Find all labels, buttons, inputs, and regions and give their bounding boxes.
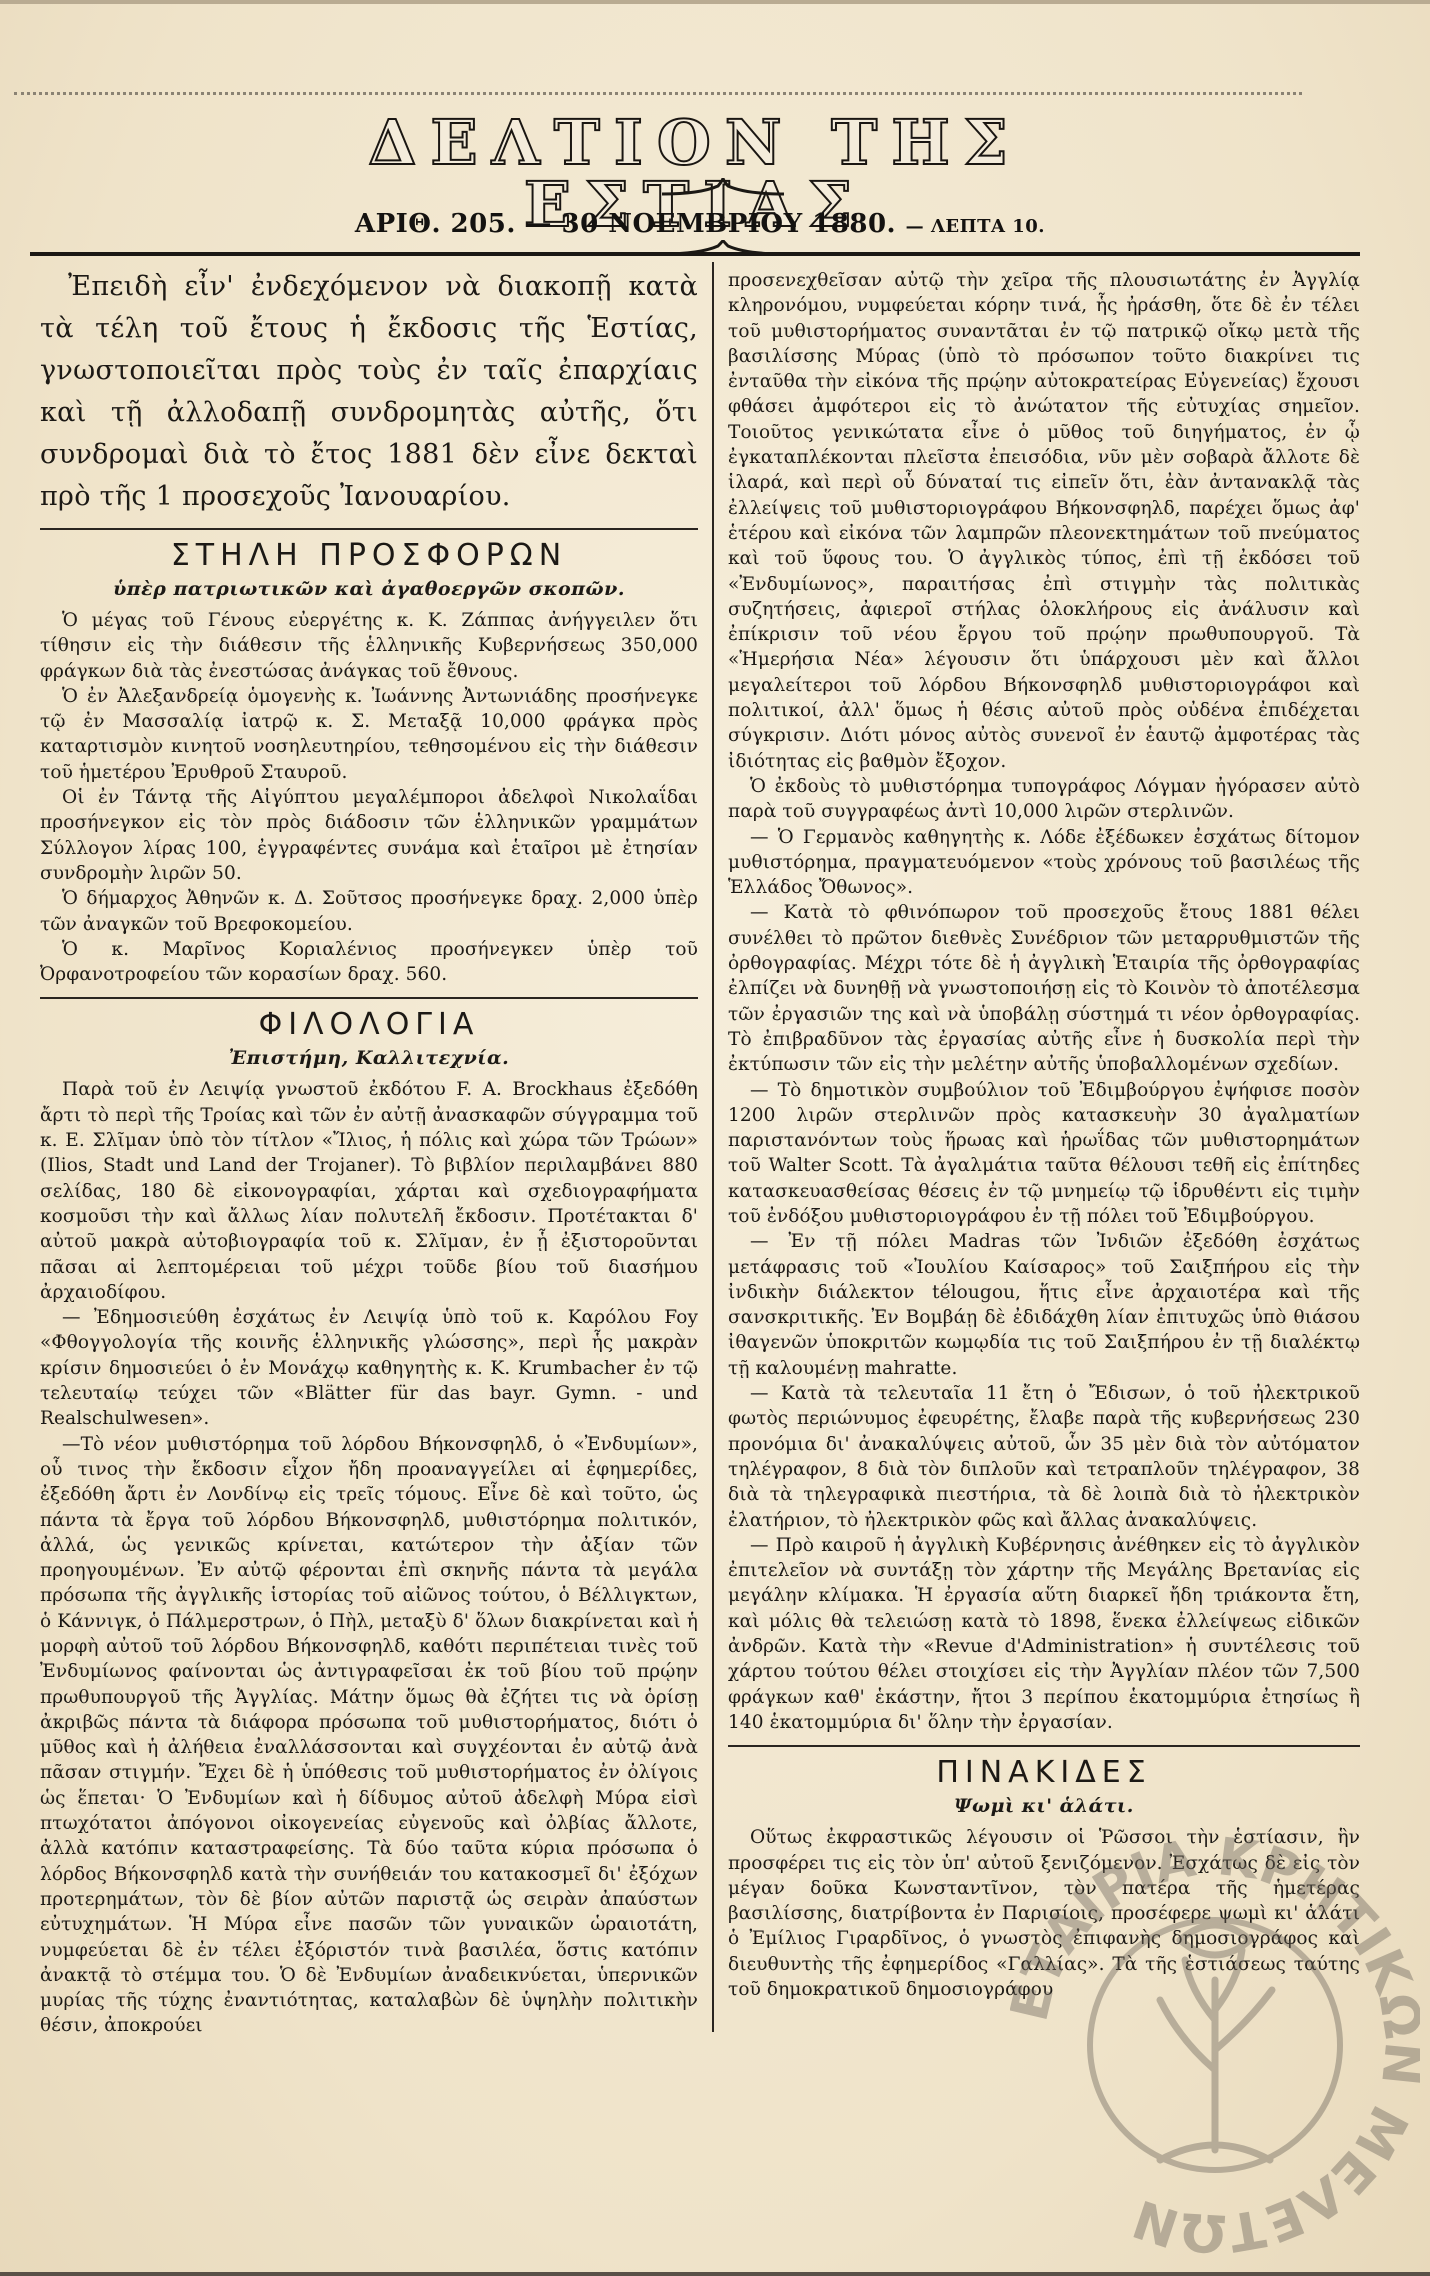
issue-number: ΑΡΙΘ. 205. xyxy=(355,209,516,239)
philology-subtitle: Ἐπιστήμη, Καλλιτεχνία. xyxy=(40,1045,698,1071)
left-column: Ἐπειδὴ εἶν' ἐνδεχόμενον νὰ διακοπῇ κατὰ … xyxy=(40,262,698,2039)
philology-paragraph: — Κατὰ τὸ φθινόπωρον τοῦ προσεχοῦς ἔτους… xyxy=(728,900,1360,1077)
offers-paragraph: Ὁ ἐν Ἀλεξανδρείᾳ ὁμογενὴς κ. Ἰωάννης Ἀντ… xyxy=(40,684,698,785)
offers-paragraph: Οἱ ἐν Τάντᾳ τῆς Αἰγύπτου μεγαλέμποροι ἀδ… xyxy=(40,785,698,886)
philology-paragraph: Ὁ ἐκδοὺς τὸ μυθιστόρημα τυπογράφος Λόγμα… xyxy=(728,774,1360,825)
philology-section: ΦΙΛΟΛΟΓΙΑ Ἐπιστήμη, Καλλιτεχνία. Παρὰ το… xyxy=(40,1007,698,2038)
offers-title: ΣΤΗΛΗ ΠΡΟΣΦΟΡΩΝ xyxy=(40,538,698,574)
philology-paragraph: — Τὸ δημοτικὸν συμβούλιον τοῦ Ἐδιμβούργο… xyxy=(728,1078,1360,1230)
rule-brace-ornament xyxy=(660,240,786,260)
offers-subtitle: ὑπὲρ πατριωτικῶν καὶ ἀγαθοεργῶν σκοπῶν. xyxy=(40,576,698,602)
tablets-paragraph: Οὕτως ἐκφραστικῶς λέγουσιν οἱ Ῥῶσσοι τὴν… xyxy=(728,1825,1360,2002)
section-divider xyxy=(40,528,698,530)
offers-paragraph: Ὁ κ. Μαρῖνος Κοριαλένιος προσήνεγκεν ὑπὲ… xyxy=(40,937,698,988)
offers-paragraph: Ὁ μέγας τοῦ Γένους εὐεργέτης κ. Κ. Ζάππα… xyxy=(40,608,698,684)
philology-paragraph: — Ἐδημοσιεύθη ἐσχάτως ἐν Λειψίᾳ ὑπὸ τοῦ … xyxy=(40,1305,698,1431)
philology-paragraph: — Ὁ Γερμανὸς καθηγητὴς κ. Λόδε ἐξέδωκεν … xyxy=(728,825,1360,901)
philology-paragraph: προσενεχθεῖσαν αὐτῷ τὴν χεῖρα τῆς πλουσι… xyxy=(728,268,1360,774)
philology-title: ΦΙΛΟΛΟΓΙΑ xyxy=(40,1007,698,1043)
section-divider xyxy=(40,997,698,999)
philology-paragraph: — Ἐν τῇ πόλει Madras τῶν Ἰνδιῶν ἐξεδόθη … xyxy=(728,1229,1360,1381)
masthead-dotted-rule xyxy=(14,92,1302,95)
tablets-title: ΠΙΝΑΚΙΔΕΣ xyxy=(728,1755,1360,1791)
philology-paragraph: Παρὰ τοῦ ἐν Λειψίᾳ γνωστοῦ ἐκδότου F. A.… xyxy=(40,1077,698,1305)
column-divider xyxy=(712,262,714,2032)
right-column: προσενεχθεῖσαν αὐτῷ τὴν χεῖρα τῆς πλουσι… xyxy=(728,262,1360,2002)
subscription-notice: Ἐπειδὴ εἶν' ἐνδεχόμενον νὰ διακοπῇ κατὰ … xyxy=(40,262,698,518)
tablets-subtitle: Ψωμὶ κι' ἁλάτι. xyxy=(728,1793,1360,1819)
philology-paragraph: — Πρὸ καιροῦ ἡ ἀγγλικὴ Κυβέρνησις ἀνέθηκ… xyxy=(728,1533,1360,1735)
page-bottom-edge xyxy=(0,2272,1430,2276)
issue-date: — 30 ΝΟΕΜΒΡΙΟΥ 1880. xyxy=(525,209,896,239)
issue-info: ΑΡΙΘ. 205. — 30 ΝΟΕΜΒΡΙΟΥ 1880. — ΛΕΠΤΑ … xyxy=(340,209,1060,239)
offers-section: ΣΤΗΛΗ ΠΡΟΣΦΟΡΩΝ ὑπὲρ πατριωτικῶν καὶ ἀγα… xyxy=(40,538,698,987)
page-top-edge xyxy=(0,0,1430,4)
newspaper-page: ΔΕΛΤΙΟΝ ΤΗΣ ΕΣΤΙΑΣ ΑΡΙΘ. 205. — 30 ΝΟΕΜΒ… xyxy=(0,0,1430,2276)
philology-paragraph: —Τὸ νέον μυθιστόρημα τοῦ λόρδου Βήκονσφη… xyxy=(40,1432,698,2039)
philology-paragraph: — Κατὰ τὰ τελευταῖα 11 ἔτη ὁ Ἔδισων, ὁ τ… xyxy=(728,1381,1360,1533)
tablets-section: ΠΙΝΑΚΙΔΕΣ Ψωμὶ κι' ἁλάτι. Οὕτως ἐκφραστι… xyxy=(728,1755,1360,2002)
offers-paragraph: Ὁ δήμαρχος Ἀθηνῶν κ. Δ. Σοῦτσος προσήνεγ… xyxy=(40,886,698,937)
philology-continued: προσενεχθεῖσαν αὐτῷ τὴν χεῖρα τῆς πλουσι… xyxy=(728,262,1360,1735)
masthead-brace-ornament xyxy=(660,178,786,196)
section-divider xyxy=(728,1745,1360,1747)
issue-price: — ΛΕΠΤΑ 10. xyxy=(906,216,1045,237)
